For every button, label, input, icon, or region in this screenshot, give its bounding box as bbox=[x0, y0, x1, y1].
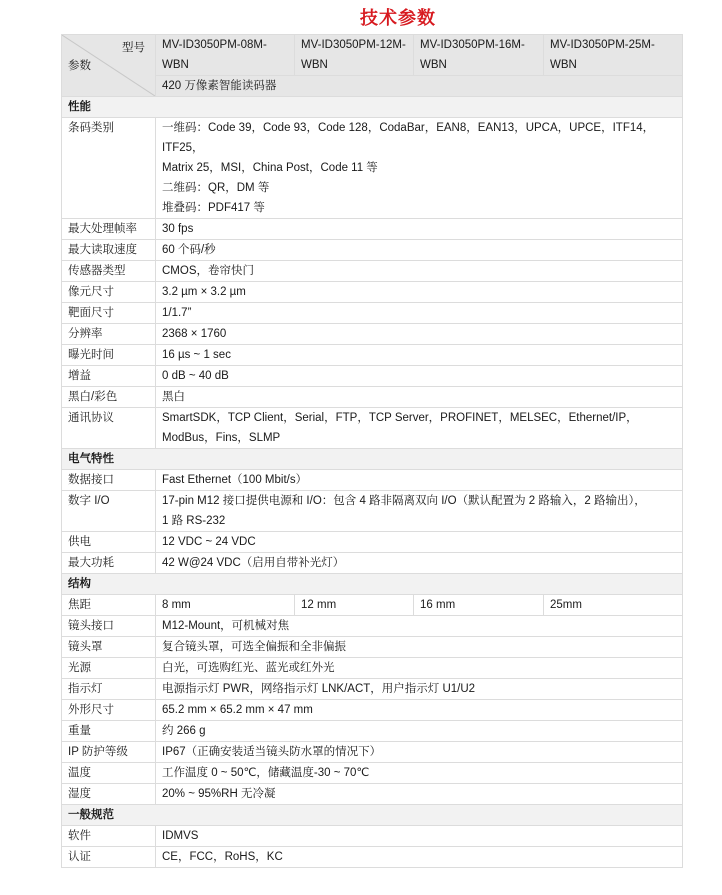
row-value: 黑白 bbox=[156, 387, 683, 408]
row-value: M12-Mount，可机械对焦 bbox=[156, 616, 683, 637]
focal-value: 16 mm bbox=[414, 595, 544, 616]
row-label: 数字 I/O bbox=[62, 491, 156, 532]
row-label: 光源 bbox=[62, 658, 156, 679]
table-row: 靶面尺寸1/1.7” bbox=[62, 303, 683, 324]
row-label: 最大处理帧率 bbox=[62, 219, 156, 240]
row-value: 白光，可选购红光、蓝光或红外光 bbox=[156, 658, 683, 679]
row-value: 3.2 µm × 3.2 µm bbox=[156, 282, 683, 303]
model-cell: MV-ID3050PM-16M-WBN bbox=[414, 35, 544, 76]
row-value: 电源指示灯 PWR，网络指示灯 LNK/ACT，用户指示灯 U1/U2 bbox=[156, 679, 683, 700]
row-label: 焦距 bbox=[62, 595, 156, 616]
section-header: 一般规范 bbox=[62, 805, 683, 826]
corner-model-label: 型号 bbox=[122, 38, 145, 58]
row-label: 通讯协议 bbox=[62, 408, 156, 449]
table-row: 像元尺寸3.2 µm × 3.2 µm bbox=[62, 282, 683, 303]
product-description: 420 万像素智能读码器 bbox=[156, 76, 683, 97]
row-value: Fast Ethernet（100 Mbit/s） bbox=[156, 470, 683, 491]
row-label: 供电 bbox=[62, 532, 156, 553]
row-value: SmartSDK，TCP Client，Serial，FTP，TCP Serve… bbox=[156, 408, 683, 449]
table-row: 温度工作温度 0 ~ 50℃，储藏温度-30 ~ 70℃ bbox=[62, 763, 683, 784]
table-row: 最大读取速度60 个码/秒 bbox=[62, 240, 683, 261]
row-value: 约 266 g bbox=[156, 721, 683, 742]
row-value: 工作温度 0 ~ 50℃，储藏温度-30 ~ 70℃ bbox=[156, 763, 683, 784]
focal-value: 12 mm bbox=[295, 595, 414, 616]
row-label: 温度 bbox=[62, 763, 156, 784]
table-row: 软件IDMVS bbox=[62, 826, 683, 847]
row-label: 最大功耗 bbox=[62, 553, 156, 574]
row-label: 增益 bbox=[62, 366, 156, 387]
focal-value: 8 mm bbox=[156, 595, 295, 616]
row-value: 65.2 mm × 65.2 mm × 47 mm bbox=[156, 700, 683, 721]
row-value: 复合镜头罩，可选全偏振和全非偏振 bbox=[156, 637, 683, 658]
table-row: 外形尺寸65.2 mm × 65.2 mm × 47 mm bbox=[62, 700, 683, 721]
table-row: 湿度20% ~ 95%RH 无冷凝 bbox=[62, 784, 683, 805]
table-row: 认证CE，FCC，RoHS，KC bbox=[62, 847, 683, 868]
section-header: 性能 bbox=[62, 97, 683, 118]
row-value: 42 W@24 VDC（启用自带补光灯） bbox=[156, 553, 683, 574]
model-cell: MV-ID3050PM-25M-WBN bbox=[544, 35, 683, 76]
row-label: 像元尺寸 bbox=[62, 282, 156, 303]
row-label: 传感器类型 bbox=[62, 261, 156, 282]
row-value: 一维码：Code 39，Code 93，Code 128，CodaBar，EAN… bbox=[156, 118, 683, 219]
table-row: 最大功耗42 W@24 VDC（启用自带补光灯） bbox=[62, 553, 683, 574]
table-row: 黑白/彩色黑白 bbox=[62, 387, 683, 408]
row-label: 指示灯 bbox=[62, 679, 156, 700]
table-row-focal-length: 焦距 8 mm 12 mm 16 mm 25mm bbox=[62, 595, 683, 616]
row-label: 镜头罩 bbox=[62, 637, 156, 658]
table-row: 镜头罩复合镜头罩，可选全偏振和全非偏振 bbox=[62, 637, 683, 658]
row-value: 2368 × 1760 bbox=[156, 324, 683, 345]
row-value: IP67（正确安装适当镜头防水罩的情况下） bbox=[156, 742, 683, 763]
row-label: IP 防护等级 bbox=[62, 742, 156, 763]
row-value: CE，FCC，RoHS，KC bbox=[156, 847, 683, 868]
row-value: 17-pin M12 接口提供电源和 I/O：包含 4 路非隔离双向 I/O（默… bbox=[156, 491, 683, 532]
row-value: 30 fps bbox=[156, 219, 683, 240]
table-row: 通讯协议 SmartSDK，TCP Client，Serial，FTP，TCP … bbox=[62, 408, 683, 449]
table-row: 数据接口Fast Ethernet（100 Mbit/s） bbox=[62, 470, 683, 491]
row-value: CMOS，卷帘快门 bbox=[156, 261, 683, 282]
table-row: 最大处理帧率30 fps bbox=[62, 219, 683, 240]
row-label: 湿度 bbox=[62, 784, 156, 805]
row-value: 16 µs ~ 1 sec bbox=[156, 345, 683, 366]
model-cell: MV-ID3050PM-12M-WBN bbox=[295, 35, 414, 76]
row-label: 数据接口 bbox=[62, 470, 156, 491]
table-row: 增益0 dB ~ 40 dB bbox=[62, 366, 683, 387]
table-row: 分辨率2368 × 1760 bbox=[62, 324, 683, 345]
table-row: 光源白光，可选购红光、蓝光或红外光 bbox=[62, 658, 683, 679]
table-row: 条码类别 一维码：Code 39，Code 93，Code 128，CodaBa… bbox=[62, 118, 683, 219]
row-value: 20% ~ 95%RH 无冷凝 bbox=[156, 784, 683, 805]
spec-table: 型号 参数 MV-ID3050PM-08M-WBN MV-ID3050PM-12… bbox=[61, 34, 683, 868]
corner-param-label: 参数 bbox=[68, 56, 91, 76]
row-label: 最大读取速度 bbox=[62, 240, 156, 261]
page-title: 技术参数 bbox=[0, 4, 722, 30]
row-label: 黑白/彩色 bbox=[62, 387, 156, 408]
row-value: 12 VDC ~ 24 VDC bbox=[156, 532, 683, 553]
row-label: 重量 bbox=[62, 721, 156, 742]
row-value: IDMVS bbox=[156, 826, 683, 847]
row-label: 曝光时间 bbox=[62, 345, 156, 366]
table-row: IP 防护等级IP67（正确安装适当镜头防水罩的情况下） bbox=[62, 742, 683, 763]
focal-value: 25mm bbox=[544, 595, 683, 616]
model-cell: MV-ID3050PM-08M-WBN bbox=[156, 35, 295, 76]
table-row: 指示灯电源指示灯 PWR，网络指示灯 LNK/ACT，用户指示灯 U1/U2 bbox=[62, 679, 683, 700]
table-row: 供电12 VDC ~ 24 VDC bbox=[62, 532, 683, 553]
table-row: 曝光时间16 µs ~ 1 sec bbox=[62, 345, 683, 366]
row-label: 分辨率 bbox=[62, 324, 156, 345]
row-label: 软件 bbox=[62, 826, 156, 847]
table-row: 镜头接口M12-Mount，可机械对焦 bbox=[62, 616, 683, 637]
section-header: 结构 bbox=[62, 574, 683, 595]
row-value: 1/1.7” bbox=[156, 303, 683, 324]
row-value: 0 dB ~ 40 dB bbox=[156, 366, 683, 387]
table-row: 数字 I/O 17-pin M12 接口提供电源和 I/O：包含 4 路非隔离双… bbox=[62, 491, 683, 532]
model-header-row: 型号 参数 MV-ID3050PM-08M-WBN MV-ID3050PM-12… bbox=[62, 35, 683, 76]
row-value: 60 个码/秒 bbox=[156, 240, 683, 261]
header-corner-cell: 型号 参数 bbox=[62, 35, 156, 97]
row-label: 靶面尺寸 bbox=[62, 303, 156, 324]
row-label: 认证 bbox=[62, 847, 156, 868]
table-row: 重量约 266 g bbox=[62, 721, 683, 742]
row-label: 外形尺寸 bbox=[62, 700, 156, 721]
row-label: 条码类别 bbox=[62, 118, 156, 219]
row-label: 镜头接口 bbox=[62, 616, 156, 637]
section-header: 电气特性 bbox=[62, 449, 683, 470]
table-row: 传感器类型CMOS，卷帘快门 bbox=[62, 261, 683, 282]
